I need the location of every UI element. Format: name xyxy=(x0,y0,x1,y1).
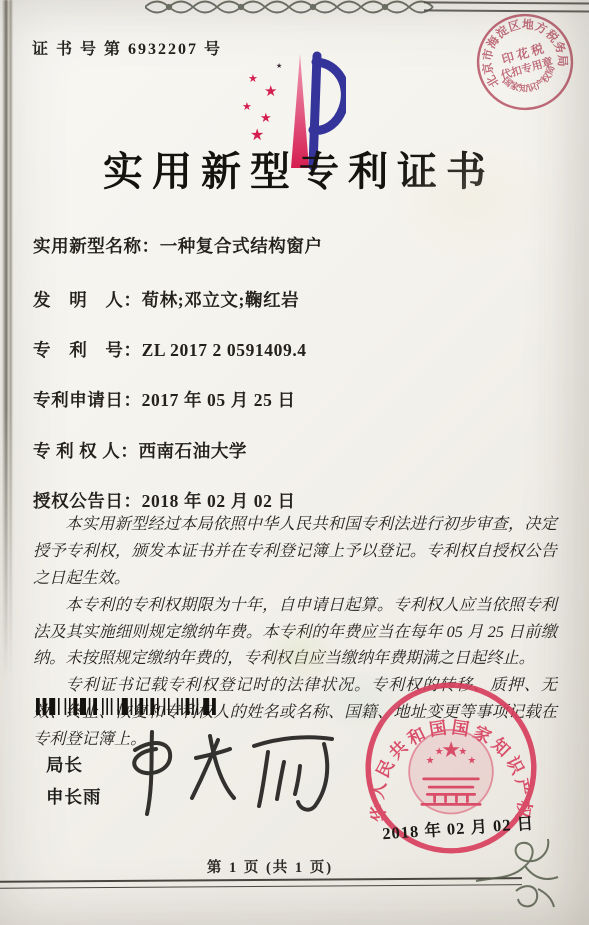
top-double-rule xyxy=(424,1,589,12)
field-label: 实用新型名称： xyxy=(33,236,160,256)
field-value: 2018 年 02 月 02 日 xyxy=(142,491,296,511)
emblem-star-icon: ★ xyxy=(435,746,444,757)
paragraph-grant: 本实用新型经过本局依照中华人民共和国专利法进行初步审查，决定授予专利权，颁发本证… xyxy=(33,511,557,592)
signer-block: 局长 申长雨 xyxy=(46,749,102,814)
field-row-patentee: 专 利 权 人：西南石油大学 xyxy=(33,438,553,463)
page-edge-shadow xyxy=(2,0,15,680)
emblem-star-icon: ★ xyxy=(426,755,435,766)
field-value: 西南石油大学 xyxy=(138,441,247,461)
certificate-number: 证 书 号 第 6932207 号 xyxy=(32,36,222,59)
certificate-document: 证 书 号 第 6932207 号 北京市海淀区地方税务局 国家知识产权局 印 … xyxy=(0,0,589,925)
emblem-star-icon: ★ xyxy=(458,746,467,757)
field-row-inventors: 发 明 人：荀林;邓立文;鞠红岩 xyxy=(33,287,553,312)
field-row-filing-date: 专利申请日：2017 年 05 月 25 日 xyxy=(33,387,553,412)
field-row-patent-number: 专 利 号：ZL 2017 2 0591409.4 xyxy=(33,337,553,362)
barcode-bars xyxy=(36,698,216,715)
certificate-title: 实用新型专利证书 xyxy=(0,140,589,197)
ornamental-border-top xyxy=(145,0,441,16)
logo-star-icon: ★ xyxy=(276,62,282,70)
ornamental-corner-bottom-right xyxy=(468,833,568,911)
field-value: ZL 2017 2 0591409.4 xyxy=(142,340,307,360)
paragraph-term: 本专利的专利权期限为十年，自申请日起算。专利权人应当依照专利法及其实施细则规定缴… xyxy=(33,592,557,673)
field-label: 专利申请日： xyxy=(33,390,142,410)
logo-star-icon: ★ xyxy=(242,101,252,113)
field-value: 一种复合式结构窗户 xyxy=(160,236,323,256)
barcode xyxy=(36,698,219,715)
signer-title: 局长 xyxy=(46,749,102,781)
emblem-star-icon: ★ xyxy=(467,755,476,766)
field-value: 2017 年 05 月 25 日 xyxy=(142,390,296,410)
tax-stamp-seal: 北京市海淀区地方税务局 国家知识产权局 印 花 税 代扣专用章 xyxy=(462,0,588,125)
field-row-grant-date: 授权公告日：2018 年 02 月 02 日 xyxy=(33,488,553,513)
bottom-double-rule xyxy=(0,877,522,889)
national-emblem: ★ ★ ★ ★ ★ xyxy=(409,730,493,814)
signer-name: 申长雨 xyxy=(46,781,102,813)
field-label: 授权公告日： xyxy=(33,491,142,511)
handwritten-signature xyxy=(122,726,350,821)
field-label: 专 利 权 人： xyxy=(33,441,138,461)
page-number: 第 1 页 (共 1 页) xyxy=(0,856,540,877)
field-row-name: 实用新型名称：一种复合式结构窗户 xyxy=(33,233,553,258)
field-label: 发 明 人： xyxy=(33,290,142,310)
logo-star-icon: ★ xyxy=(248,73,258,85)
field-value: 荀林;邓立文;鞠红岩 xyxy=(142,290,300,310)
field-label: 专 利 号： xyxy=(33,340,142,360)
logo-star-icon: ★ xyxy=(260,110,272,125)
logo-star-icon: ★ xyxy=(264,84,277,100)
